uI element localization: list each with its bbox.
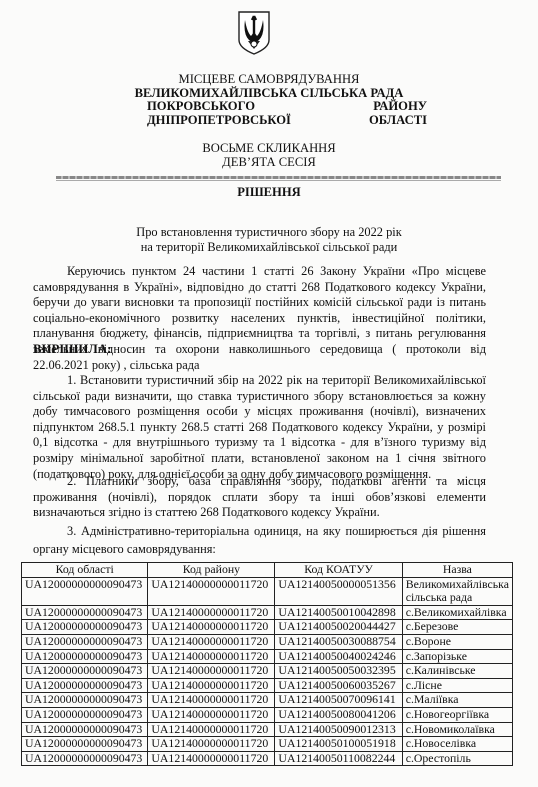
cell-region-code: UA12000000000090473 — [22, 634, 148, 649]
cell-koatuu-code: UA12140050110082244 — [275, 751, 402, 766]
table-row: UA12000000000090473UA12140000000011720UA… — [22, 649, 513, 664]
cell-district-code: UA12140000000011720 — [148, 649, 275, 664]
header-district-right: РАЙОНУ — [373, 99, 427, 114]
table-row: UA12000000000090473UA12140000000011720UA… — [22, 737, 513, 752]
header-convocation: ВОСЬМЕ СКЛИКАННЯ — [0, 141, 538, 155]
table-row: UA12000000000090473UA12140000000011720UA… — [22, 634, 513, 649]
cell-district-code: UA12140000000011720 — [148, 577, 275, 605]
cell-name: с.Лісне — [402, 678, 512, 693]
cell-region-code: UA12000000000090473 — [22, 707, 148, 722]
decision-item-3: 3. Адміністративно-територіальна одиниця… — [33, 522, 486, 558]
cell-name: с.Березове — [402, 620, 512, 635]
header-district-left: ПОКРОВСЬКОГО — [147, 99, 255, 114]
cell-koatuu-code: UA12140050020044427 — [275, 620, 402, 635]
cell-district-code: UA12140000000011720 — [148, 605, 275, 620]
cell-region-code: UA12000000000090473 — [22, 605, 148, 620]
table-row: UA12000000000090473UA12140000000011720UA… — [22, 605, 513, 620]
cell-district-code: UA12140000000011720 — [148, 664, 275, 679]
header-divider — [56, 176, 501, 179]
cell-name: с.Калинівське — [402, 664, 512, 679]
table-row: UA12000000000090473UA12140000000011720UA… — [22, 751, 513, 766]
header-line-self-government: МІСЦЕВЕ САМОВРЯДУВАННЯ — [0, 72, 538, 86]
cell-name: Великомихайлівська сільська рада — [402, 577, 512, 605]
cell-district-code: UA12140000000011720 — [148, 678, 275, 693]
document-title-line1: Про встановлення туристичного збору на 2… — [0, 225, 538, 240]
cell-region-code: UA12000000000090473 — [22, 722, 148, 737]
cell-district-code: UA12140000000011720 — [148, 722, 275, 737]
document-title-line2: на території Великомихайлівської сільськ… — [0, 240, 538, 255]
cell-district-code: UA12140000000011720 — [148, 707, 275, 722]
table-row: UA12000000000090473UA12140000000011720UA… — [22, 664, 513, 679]
cell-koatuu-code: UA12140050000051356 — [275, 577, 402, 605]
cell-name: с.Новомиколаївка — [402, 722, 512, 737]
column-header-name: Назва — [402, 563, 512, 578]
cell-koatuu-code: UA12140050010042898 — [275, 605, 402, 620]
header-council-name: ВЕЛИКОМИХАЙЛІВСЬКА СІЛЬСЬКА РАДА — [0, 86, 538, 100]
table-row: UA12000000000090473UA12140000000011720UA… — [22, 678, 513, 693]
cell-name: с.Новоселівка — [402, 737, 512, 752]
column-header-koatuu-code: Код КОАТУУ — [275, 563, 402, 578]
column-header-region-code: Код області — [22, 563, 148, 578]
cell-koatuu-code: UA12140050040024246 — [275, 649, 402, 664]
table-row: UA12000000000090473UA12140000000011720UA… — [22, 620, 513, 635]
decision-item-1: 1. Встановити туристичний збір на 2022 р… — [33, 373, 486, 482]
cell-koatuu-code: UA12140050060035267 — [275, 678, 402, 693]
cell-name: с.Великомихайлівка — [402, 605, 512, 620]
cell-region-code: UA12000000000090473 — [22, 678, 148, 693]
territorial-units-table: Код області Код району Код КОАТУУ Назва … — [21, 562, 513, 766]
table-row: UA12000000000090473UA12140000000011720UA… — [22, 577, 513, 605]
cell-name: с.Маліївка — [402, 693, 512, 708]
table-row: UA12000000000090473UA12140000000011720UA… — [22, 707, 513, 722]
table-header-row: Код області Код району Код КОАТУУ Назва — [22, 563, 513, 578]
cell-region-code: UA12000000000090473 — [22, 577, 148, 605]
cell-name: с.Орестопіль — [402, 751, 512, 766]
cell-district-code: UA12140000000011720 — [148, 751, 275, 766]
cell-koatuu-code: UA12140050050032395 — [275, 664, 402, 679]
column-header-district-code: Код району — [148, 563, 275, 578]
ukraine-coat-of-arms-icon — [237, 10, 271, 56]
header-region-left: ДНІПРОПЕТРОВСЬКОЇ — [147, 113, 291, 128]
cell-region-code: UA12000000000090473 — [22, 693, 148, 708]
header-district-row: ПОКРОВСЬКОГО РАЙОНУ — [147, 99, 427, 114]
header-divider-underline — [56, 180, 501, 181]
cell-district-code: UA12140000000011720 — [148, 737, 275, 752]
decision-item-2: 2. Платники збору, база справляння збору… — [33, 474, 486, 521]
cell-koatuu-code: UA12140050030088754 — [275, 634, 402, 649]
cell-region-code: UA12000000000090473 — [22, 737, 148, 752]
cell-name: с.Новогеоргіївка — [402, 707, 512, 722]
cell-name: с.Запорізьке — [402, 649, 512, 664]
cell-koatuu-code: UA12140050100051918 — [275, 737, 402, 752]
cell-district-code: UA12140000000011720 — [148, 693, 275, 708]
header-region-row: ДНІПРОПЕТРОВСЬКОЇ ОБЛАСТІ — [147, 113, 427, 128]
cell-region-code: UA12000000000090473 — [22, 649, 148, 664]
table-row: UA12000000000090473UA12140000000011720UA… — [22, 693, 513, 708]
table-row: UA12000000000090473UA12140000000011720UA… — [22, 722, 513, 737]
cell-region-code: UA12000000000090473 — [22, 664, 148, 679]
cell-name: с.Вороне — [402, 634, 512, 649]
header-session: ДЕВ’ЯТА СЕСІЯ — [0, 155, 538, 169]
cell-koatuu-code: UA12140050080041206 — [275, 707, 402, 722]
document-type: РІШЕННЯ — [0, 185, 538, 199]
cell-district-code: UA12140000000011720 — [148, 620, 275, 635]
header-region-right: ОБЛАСТІ — [369, 113, 427, 128]
cell-koatuu-code: UA12140050090012313 — [275, 722, 402, 737]
cell-koatuu-code: UA12140050070096141 — [275, 693, 402, 708]
decided-heading: ВИРІШИЛА: — [33, 342, 486, 358]
cell-district-code: UA12140000000011720 — [148, 634, 275, 649]
cell-region-code: UA12000000000090473 — [22, 751, 148, 766]
cell-region-code: UA12000000000090473 — [22, 620, 148, 635]
document-title: Про встановлення туристичного збору на 2… — [0, 225, 538, 255]
